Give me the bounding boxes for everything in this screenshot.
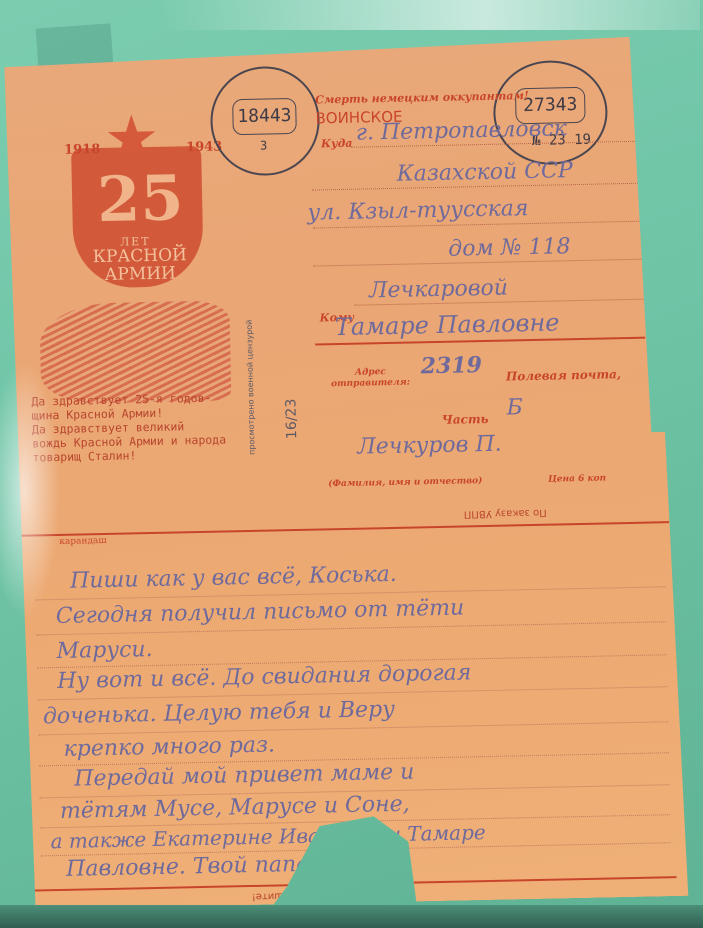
postmark-right: 27343 № 23 19 — [492, 59, 608, 165]
message-line: доченька. Целую тебя и Веру — [43, 697, 395, 729]
anniversary-number: 25 — [96, 161, 184, 236]
message-line: Маруси. — [56, 637, 152, 664]
price-label: Цена 6 коп — [548, 473, 606, 484]
pencil-note: карандаш — [59, 536, 107, 547]
tank-soldiers-illustration — [39, 300, 231, 404]
slogan-text: Да здравствует 25-я годов- щина Красной … — [31, 390, 242, 464]
handwritten-house: дом № 118 — [448, 234, 571, 262]
message-line: Пиши как у вас всё, Коська. — [70, 562, 397, 594]
slogan-line: товарищ Сталин! — [32, 446, 242, 464]
handwritten-field-post: 2319 — [420, 352, 482, 379]
emblem-caption-line2: АРМИИ — [83, 264, 198, 284]
red-star-icon: ★ — [103, 107, 160, 170]
sender-address-label: Адрес отправителя: — [331, 367, 410, 391]
postmark-sub: 3 — [260, 139, 268, 153]
kuda-label: Куда — [321, 137, 353, 151]
handwritten-sender-name: Лечкуров П. — [357, 432, 502, 460]
sender-label-line2: отправителя: — [331, 378, 410, 391]
background-folder-edge — [0, 905, 703, 928]
sender-name-hint: (Фамилия, имя и отчество) — [328, 476, 482, 489]
letter-card: ★ 1918 1943 25 ЛЕТ КРАСНОЙ АРМИИ Да здра… — [4, 36, 702, 910]
year-start: 1918 — [64, 142, 100, 158]
field-post-label: Полевая почта, — [506, 367, 621, 383]
handwritten-recipient-surname: Лечкаровой — [369, 276, 508, 304]
postmark-left: 18443 3 — [209, 65, 320, 176]
handwritten-recipient-name: Тамаре Павловне — [335, 308, 560, 341]
message-line: крепко много раз. — [63, 732, 275, 761]
upside-down-print-top: По заказу УВПП — [464, 507, 547, 520]
handwritten-city: г. Петропавловск — [356, 116, 568, 145]
handwritten-republic: Казахской ССР — [396, 158, 572, 187]
plastic-sleeve-glare — [0, 360, 60, 620]
side-numbers: 16/23 — [283, 399, 300, 440]
upside-down-print-bottom: Здесь ничего не пишите! — [252, 888, 386, 902]
handwritten-street: ул. Кзыл-туусская — [307, 196, 528, 226]
censor-stamp: просмотрено военной цензурой — [245, 320, 257, 455]
message-line: Сегодня получил письмо от тёти — [56, 595, 465, 629]
emblem-caption: КРАСНОЙ АРМИИ — [82, 246, 198, 284]
postmark-date: 18443 — [232, 98, 297, 135]
light-glare — [160, 0, 700, 30]
red-rule — [19, 521, 669, 537]
unit-label: Часть — [442, 412, 489, 427]
handwritten-unit: Б — [506, 395, 523, 420]
message-signature-line: Павловне. Твой папа. — [66, 852, 317, 882]
